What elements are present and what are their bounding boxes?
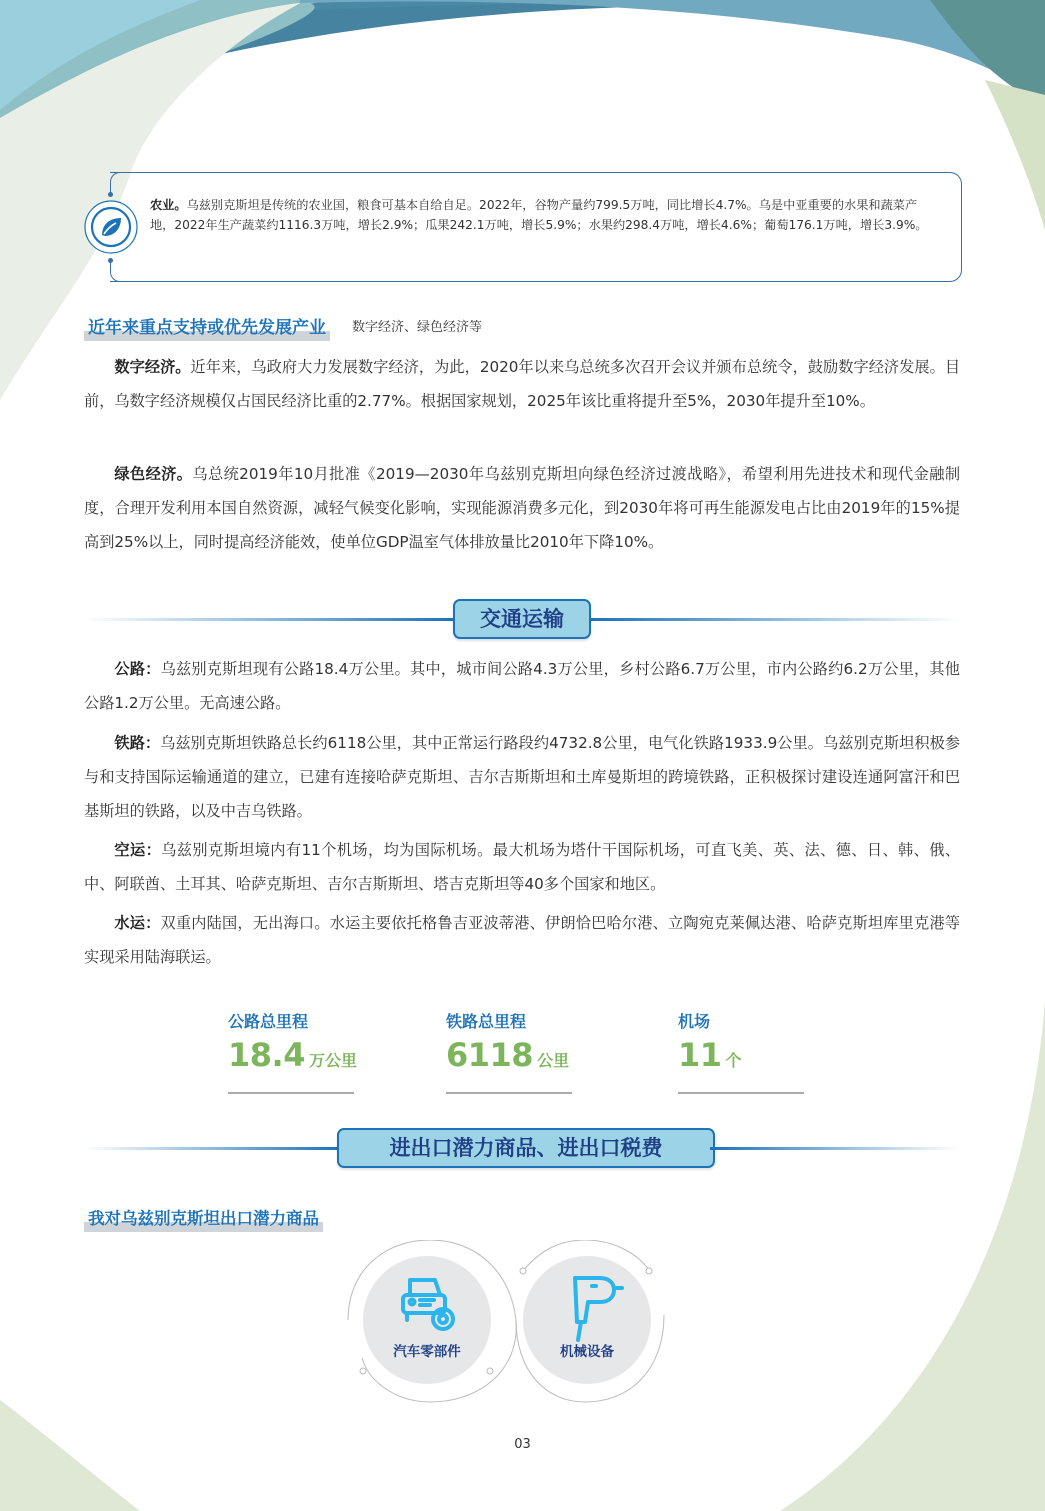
export-products-graphic <box>330 1240 680 1410</box>
stat-value: 11个 <box>678 1036 804 1080</box>
stat-label: 机场 <box>678 1012 804 1032</box>
document-page: 农业。乌兹别克斯坦是传统的农业国，粮食可基本自给自足。2022年，谷物产量约79… <box>0 0 1045 1511</box>
trade-banner-title: 进出口潜力商品、进出口税费 <box>337 1128 715 1168</box>
agriculture-text: 农业。乌兹别克斯坦是传统的农业国，粮食可基本自给自足。2022年，谷物产量约79… <box>150 195 940 235</box>
paragraph-body: 双重内陆国，无出海口。水运主要依托格鲁吉亚波蒂港、伊朗恰巴哈尔港、立陶宛克莱佩达… <box>84 914 960 966</box>
banner-rule-right <box>710 1147 960 1150</box>
banner-rule-right <box>590 618 960 621</box>
railway-paragraph: 铁路：乌兹别克斯坦铁路总长约6118公里，其中正常运行路段约4732.8公里，电… <box>84 726 960 828</box>
priority-heading-note: 数字经济、绿色经济等 <box>352 316 482 335</box>
paragraph-body: 乌兹别克斯坦现有公路18.4万公里。其中，城市间公路4.3万公里，乡村公路6.7… <box>84 660 960 712</box>
stat-divider <box>446 1092 572 1094</box>
paragraph-lead: 水运： <box>114 914 160 932</box>
stat-label: 公路总里程 <box>228 1012 354 1032</box>
road-paragraph: 公路：乌兹别克斯坦现有公路18.4万公里。其中，城市间公路4.3万公里，乡村公路… <box>84 652 960 720</box>
trade-section-banner: 进出口潜力商品、进出口税费 <box>84 1128 960 1168</box>
agriculture-lead: 农业。 <box>150 198 187 212</box>
callout-bracket-bottom <box>110 260 124 282</box>
green-economy-paragraph: 绿色经济。乌总统2019年10月批准《2019—2030年乌兹别克斯坦向绿色经济… <box>84 457 960 559</box>
callout-dot-top <box>108 192 113 197</box>
priority-heading-label: 近年来重点支持或优先发展产业 <box>84 313 330 338</box>
stat-road-length: 公路总里程 18.4万公里 <box>228 1012 354 1080</box>
paragraph-lead: 绿色经济。 <box>114 465 192 483</box>
stat-divider <box>678 1092 804 1094</box>
paragraph-body: 乌总统2019年10月批准《2019—2030年乌兹别克斯坦向绿色经济过渡战略》… <box>84 465 960 551</box>
stat-number: 11 <box>678 1036 722 1074</box>
leaf-icon <box>83 199 139 255</box>
paragraph-body: 乌兹别克斯坦铁路总长约6118公里，其中正常运行路段约4732.8公里，电气化铁… <box>84 734 960 820</box>
callout-dot-bottom <box>108 258 113 263</box>
product-machinery-label: 机械设备 <box>537 1340 637 1360</box>
export-products-heading: 我对乌兹别克斯坦出口潜力商品 <box>84 1205 323 1229</box>
stat-divider <box>228 1092 354 1094</box>
callout-bracket-top <box>110 172 124 194</box>
stat-label: 铁路总里程 <box>446 1012 572 1032</box>
stat-railway-length: 铁路总里程 6118公里 <box>446 1012 572 1080</box>
agriculture-body: 乌兹别克斯坦是传统的农业国，粮食可基本自给自足。2022年，谷物产量约799.5… <box>150 198 928 232</box>
stat-value: 18.4万公里 <box>228 1036 354 1080</box>
stat-unit: 个 <box>726 1051 742 1070</box>
water-paragraph: 水运：双重内陆国，无出海口。水运主要依托格鲁吉亚波蒂港、伊朗恰巴哈尔港、立陶宛克… <box>84 906 960 974</box>
stat-unit: 万公里 <box>309 1051 357 1070</box>
transport-section-banner: 交通运输 <box>84 599 960 639</box>
paragraph-lead: 数字经济。 <box>114 358 190 376</box>
paragraph-lead: 铁路： <box>114 734 160 752</box>
banner-rule-left <box>84 1147 340 1150</box>
banner-rule-left <box>84 618 454 621</box>
page-number: 03 <box>0 1437 1045 1452</box>
paragraph-lead: 公路： <box>114 660 160 678</box>
priority-industries-heading: 近年来重点支持或优先发展产业 数字经济、绿色经济等 <box>84 313 482 338</box>
paragraph-lead: 空运： <box>114 841 161 859</box>
stat-unit: 公里 <box>537 1051 569 1070</box>
stat-airports: 机场 11个 <box>678 1012 804 1080</box>
transport-banner-title: 交通运输 <box>453 599 591 639</box>
stat-value: 6118公里 <box>446 1036 572 1080</box>
paragraph-body: 近年来，乌政府大力发展数字经济，为此，2020年以来乌总统多次召开会议并颁布总统… <box>84 358 960 410</box>
stat-number: 18.4 <box>228 1036 305 1074</box>
digital-economy-paragraph: 数字经济。近年来，乌政府大力发展数字经济，为此，2020年以来乌总统多次召开会议… <box>84 350 960 418</box>
stat-number: 6118 <box>446 1036 533 1074</box>
product-auto-parts-label: 汽车零部件 <box>377 1340 477 1360</box>
air-paragraph: 空运：乌兹别克斯坦境内有11个机场，均为国际机场。最大机场为塔什干国际机场，可直… <box>84 833 960 901</box>
paragraph-body: 乌兹别克斯坦境内有11个机场，均为国际机场。最大机场为塔什干国际机场，可直飞美、… <box>84 841 960 893</box>
